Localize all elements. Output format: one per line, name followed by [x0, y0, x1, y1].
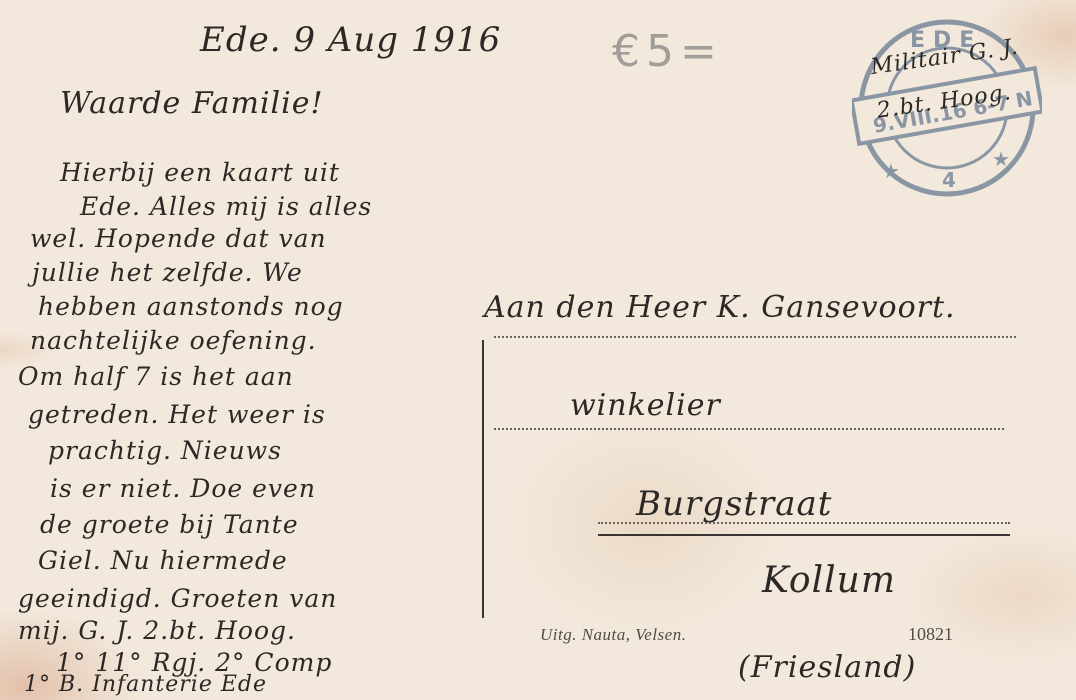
publisher-imprint: Uitg. Nauta, Velsen. — [540, 625, 686, 645]
card-divider — [482, 340, 484, 618]
message-line: geeindigd. Groeten van — [18, 584, 337, 613]
message-line: prachtig. Nieuws — [48, 436, 282, 465]
message-line: jullie het zelfde. We — [32, 258, 303, 287]
card-serial-number: 10821 — [908, 624, 953, 645]
address-line-street: Burgstraat — [636, 484, 832, 524]
message-line: Giel. Nu hiermede — [38, 546, 288, 575]
address-line-occupation: winkelier — [570, 388, 721, 423]
message-line: 1° B. Infanterie Ede — [24, 672, 267, 697]
message-date-line: Ede. 9 Aug 1916 — [200, 20, 501, 60]
pencil-price-note: €5= — [612, 26, 752, 106]
message-line: Ede. Alles mij is alles — [80, 192, 372, 221]
message-salutation: Waarde Familie! — [60, 86, 324, 121]
address-dotted-line-1 — [494, 336, 1016, 338]
message-line: mij. G. J. 2.bt. Hoog. — [18, 616, 296, 645]
message-line: de groete bij Tante — [40, 510, 299, 539]
address-dotted-line-3 — [598, 522, 1010, 524]
postcard-back: Ede. 9 Aug 1916 Waarde Familie! Hierbij … — [0, 0, 1076, 700]
message-line: wel. Hopende dat van — [30, 224, 327, 253]
svg-text:★: ★ — [882, 159, 900, 183]
message-line: Hierbij een kaart uit — [60, 158, 340, 187]
message-line: nachtelijke oefening. — [30, 326, 317, 355]
message-line: Om half 7 is het aan — [18, 362, 294, 391]
address-dotted-line-2 — [494, 428, 1004, 430]
address-underline — [598, 534, 1010, 536]
svg-text:★: ★ — [992, 147, 1010, 171]
postmark: ★ ★ EDE 9.VIII.16 6-7 N 4 Militair G. J.… — [852, 8, 1042, 198]
address-line-town: Kollum — [762, 560, 896, 601]
address-line-recipient: Aan den Heer K. Gansevoort. — [484, 290, 956, 325]
message-line: is er niet. Doe even — [50, 474, 316, 503]
postmark-number: 4 — [942, 168, 956, 192]
message-line: getreden. Het weer is — [28, 400, 326, 429]
address-line-province: (Friesland) — [738, 650, 916, 685]
message-line: hebben aanstonds nog — [38, 292, 344, 321]
